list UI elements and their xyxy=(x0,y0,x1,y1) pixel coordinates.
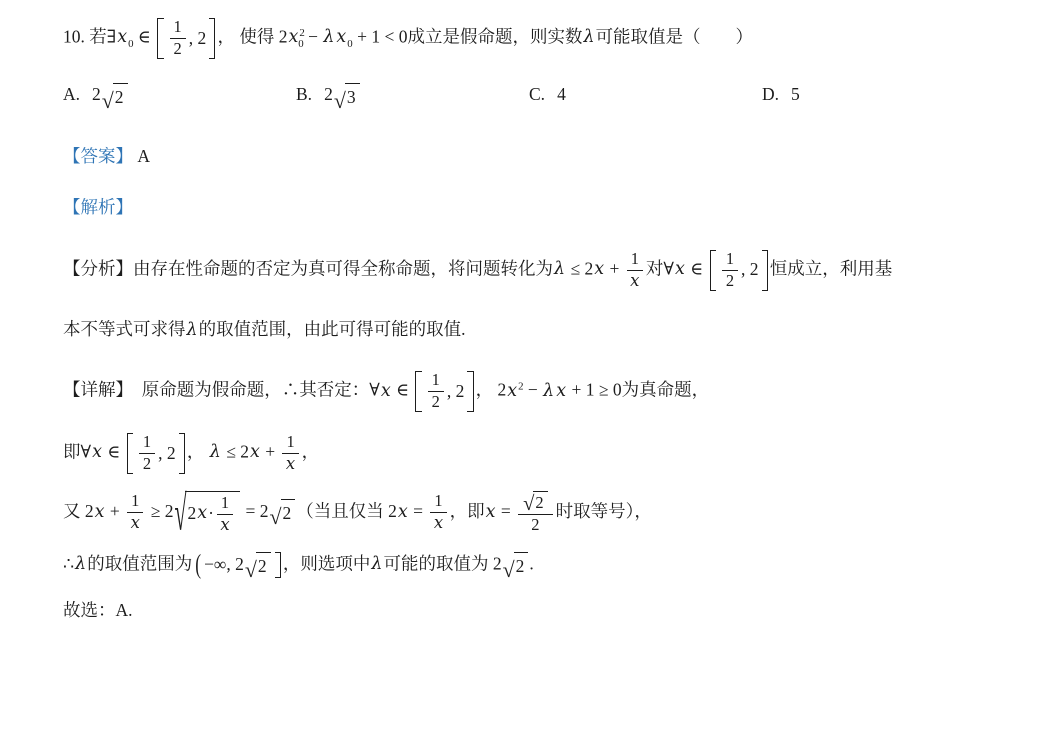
sqrt-radical: √2 xyxy=(503,552,529,579)
solution-line-4: ∴λ的取值范围为(−∞, 2√2，则选项中λ可能的取值为 2√2. xyxy=(63,552,1018,579)
sqrt-radical: √3 xyxy=(334,83,360,110)
option-a-value: 2√2 xyxy=(92,84,129,104)
analysis-line-2: 本不等式可求得λ的取值范围，由此可得可能的取值. xyxy=(63,318,1018,343)
option-b-value: 2√3 xyxy=(324,84,361,104)
sqrt-radical: √2 xyxy=(245,552,271,579)
analysis-header: 【解析】 xyxy=(63,196,1018,220)
option-c[interactable]: C.4 xyxy=(529,83,762,110)
option-d-value: 5 xyxy=(791,84,800,104)
solution-line-1: 【详解】 原命题为假命题，∴其否定：∀x ∈ 12, 2， 2x2 − λx +… xyxy=(63,371,1018,412)
conclusion-text: 故选：A. xyxy=(63,599,1018,623)
option-d[interactable]: D.5 xyxy=(762,83,800,110)
option-d-label: D. xyxy=(762,84,779,104)
bracket-group: 12, 2 xyxy=(415,371,473,412)
bracket-group: (−∞, 2√2 xyxy=(194,552,281,579)
solution-line-3: 又 2x + 1x ≥ 2√2x · 1x = 2√2（当且仅当 2x = 1x… xyxy=(63,491,1018,535)
question-text: 10. 若∃x0 ∈ 12, 2， 使得 2x20 − λx0 + 1 < 0成… xyxy=(63,18,1018,59)
analysis-header-label: 【解析】 xyxy=(63,197,133,217)
sqrt-radical: √2 xyxy=(270,499,296,526)
option-a[interactable]: A.2√2 xyxy=(63,83,296,110)
analysis-line-1: 【分析】由存在性命题的否定为真可得全称命题，将问题转化为λ ≤ 2x + 1x对… xyxy=(63,250,1018,291)
answer-label: 【答案】 xyxy=(63,146,133,166)
sqrt-radical: √2 xyxy=(102,83,128,110)
bracket-group: 12, 2 xyxy=(157,18,215,59)
sqrt-radical: √2 xyxy=(523,491,548,513)
option-c-value: 4 xyxy=(557,84,566,104)
sqrt-radical: √2x · 1x xyxy=(174,491,240,535)
option-c-label: C. xyxy=(529,84,545,104)
options-row: A.2√2 B.2√3 C.4 D.5 xyxy=(63,83,1018,110)
exam-page: 10. 若∃x0 ∈ 12, 2， 使得 2x20 − λx0 + 1 < 0成… xyxy=(0,0,1056,623)
option-a-label: A. xyxy=(63,84,80,104)
solution-line-2: 即∀x ∈ 12, 2， λ ≤ 2x + 1x， xyxy=(63,433,1018,474)
answer-value: A xyxy=(137,146,150,166)
option-b-label: B. xyxy=(296,84,312,104)
option-b[interactable]: B.2√3 xyxy=(296,83,529,110)
bracket-group: 12, 2 xyxy=(710,250,768,291)
answer-row: 【答案】 A xyxy=(63,145,1018,169)
